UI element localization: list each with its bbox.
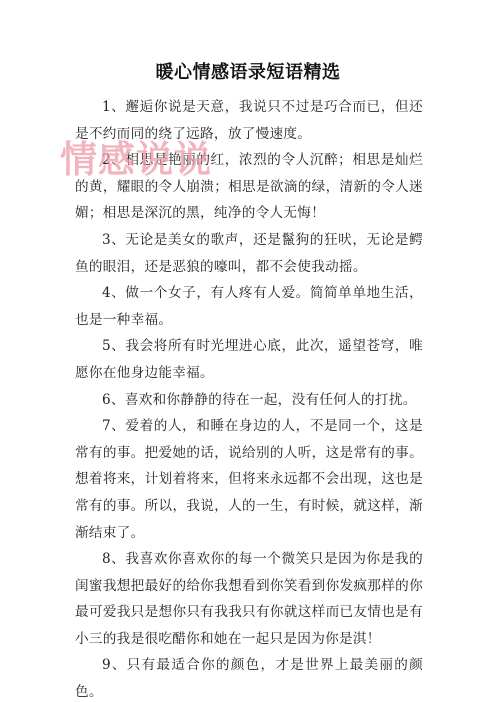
paragraph-3: 3、无论是美女的歌声，还是鬣狗的狂吠，无论是鳄鱼的眼泪，还是恶狼的嚎叫，都不会使… [75, 227, 423, 280]
paragraph-1: 1、邂逅你说是天意，我说只不过是巧合而已，但还是不约而同的绕了远路，放了慢速度。 [75, 94, 423, 147]
paragraph-6: 6、喜欢和你静静的待在一起，没有任何人的打扰。 [75, 387, 423, 414]
paragraph-4: 4、做一个女子，有人疼有人爱。简简单单地生活，也是一种幸福。 [75, 280, 423, 333]
document-page: 暖心情感语录短语精选 1、邂逅你说是天意，我说只不过是巧合而已，但还是不约而同的… [0, 0, 496, 702]
paragraph-5: 5、我会将所有时光埋进心底，此次，遥望苍穹，唯愿你在他身边能幸福。 [75, 333, 423, 386]
paragraph-9: 9、只有最适合你的颜色，才是世界上最美丽的颜色。 [75, 652, 423, 702]
paragraph-7: 7、爱着的人，和睡在身边的人，不是同一个，这是常有的事。把爱她的话，说给别的人听… [75, 413, 423, 546]
document-title: 暖心情感语录短语精选 [0, 58, 496, 88]
paragraph-8: 8、我喜欢你喜欢你的每一个微笑只是因为你是我的闺蜜我想把最好的给你我想看到你笑看… [75, 546, 423, 652]
paragraph-2: 2、相思是艳丽的红，浓烈的令人沉醉；相思是灿烂的黄，耀眼的令人崩溃；相思是欲滴的… [75, 147, 423, 227]
document-body: 1、邂逅你说是天意，我说只不过是巧合而已，但还是不约而同的绕了远路，放了慢速度。… [75, 94, 423, 702]
